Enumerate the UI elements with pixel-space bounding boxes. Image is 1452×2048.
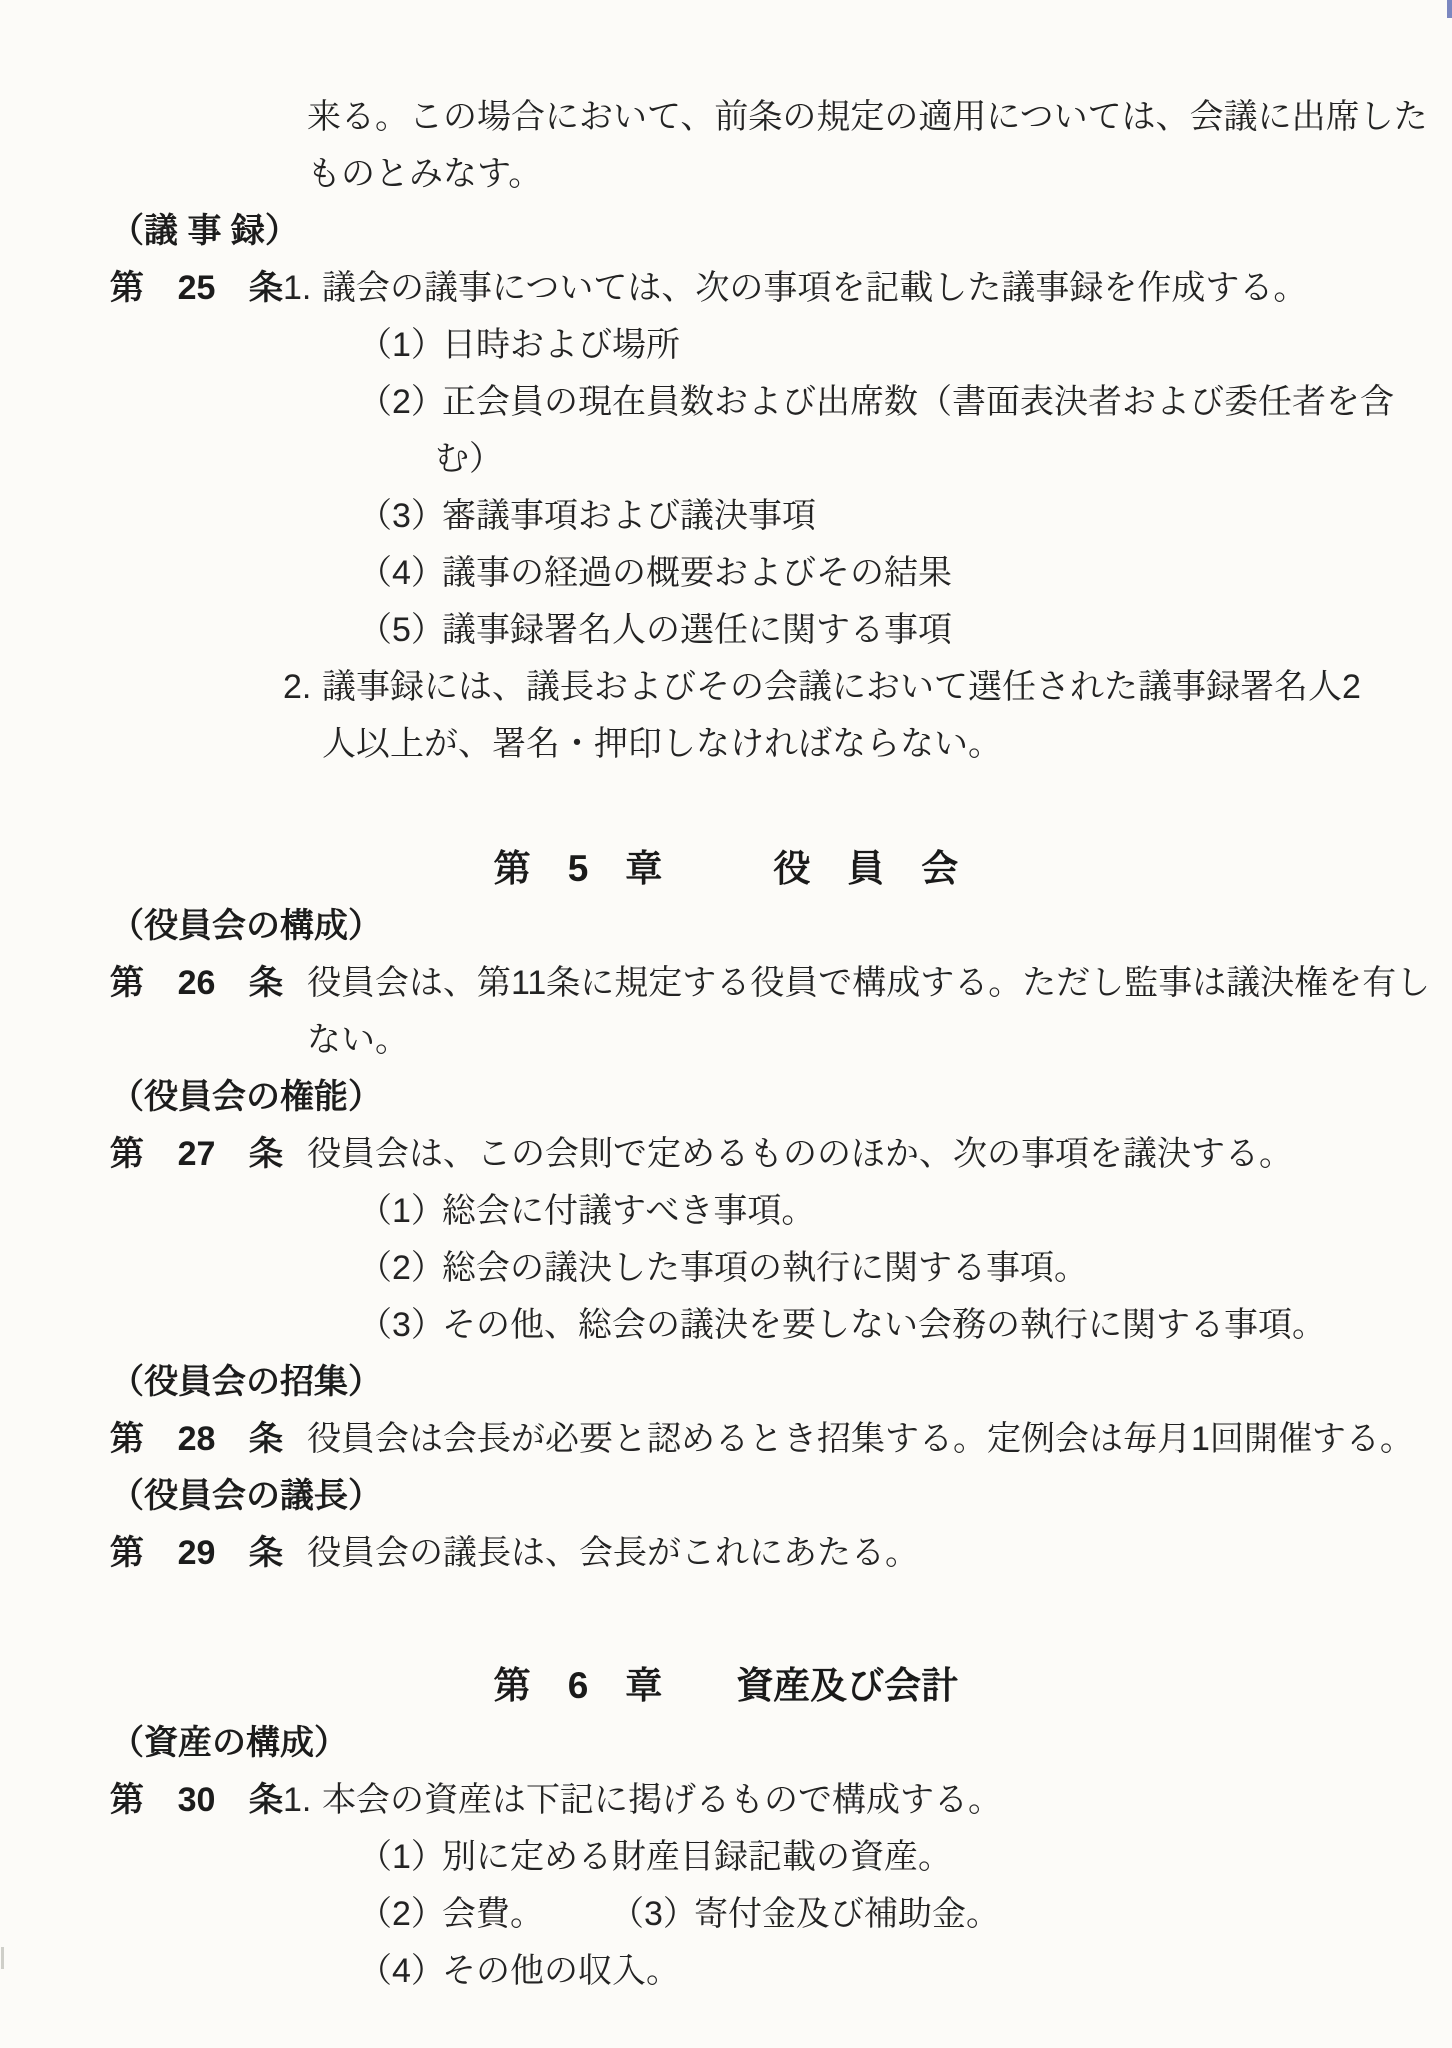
article-30-row: 第 30 条 1. 本会の資産は下記に掲げるもので構成する。 (0, 1771, 1452, 1828)
subitem-wrap-row: む） (0, 430, 1452, 487)
subitem-marker: （1） (358, 1840, 442, 1874)
section-label-text: （役員会の構成） (110, 909, 382, 943)
article-text: ない。 (307, 1023, 409, 1057)
article-number-suffix: 条 (249, 271, 283, 305)
subitem-marker: （3） (358, 1308, 442, 1342)
chapter-6-heading: 第 6 章 資産及び会計 (0, 1657, 1452, 1714)
article-26-wrap-row: ない。 (0, 1011, 1452, 1068)
article-number: 第 28 条 (110, 1422, 283, 1456)
article-text: 役員会の議長は、会長がこれにあたる。 (307, 1536, 919, 1570)
subitem-text: 議事録署名人の選任に関する事項 (442, 613, 952, 647)
article-number-prefix: 第 (110, 1422, 144, 1456)
article-number-suffix: 条 (249, 1783, 283, 1817)
section-label-text: （役員会の議長） (110, 1479, 382, 1513)
article-27-row: 第 27 条 役員会は、この会則で定めるもののほか、次の事項を議決する。 (0, 1125, 1452, 1182)
clause-text: 人以上が、署名・押印しなければならない。 (322, 727, 1002, 761)
section-label-text: （資産の構成） (110, 1726, 348, 1760)
section-label-text: （役員会の権能） (110, 1080, 382, 1114)
article-number-value: 29 (178, 1536, 216, 1570)
chapter-heading-text: 第 5 章 役 員 会 (494, 850, 959, 887)
subitem-text: 会費。 (442, 1897, 544, 1931)
section-label: （資産の構成） (0, 1714, 1452, 1771)
section-label-text: （役員会の招集） (110, 1365, 382, 1399)
subitem-marker: （3） (610, 1897, 694, 1931)
subitem-row: （2） 正会員の現在員数および出席数（書面表決者および委任者を含 (0, 373, 1452, 430)
subitem-marker: （2） (358, 385, 442, 419)
article-number-value: 26 (178, 966, 216, 1000)
article-number-suffix: 条 (249, 1137, 283, 1171)
article-number: 第 25 条 (110, 271, 283, 305)
subitem-text: 正会員の現在員数および出席数（書面表決者および委任者を含 (442, 385, 1394, 419)
clause-2-wrap-row: 人以上が、署名・押印しなければならない。 (0, 715, 1452, 772)
scan-corner-artifact (1447, 0, 1452, 18)
article-25-row: 第 25 条 1. 議会の議事については、次の事項を記載した議事録を作成する。 (0, 259, 1452, 316)
section-label-minutes: （議 事 録） (0, 202, 1452, 259)
subitem-row: （5） 議事録署名人の選任に関する事項 (0, 601, 1452, 658)
subitem-text: その他の収入。 (442, 1954, 680, 1988)
subitem-row: （3） その他、総会の議決を要しない会務の執行に関する事項。 (0, 1296, 1452, 1353)
article-number-suffix: 条 (249, 966, 283, 1000)
article-number-value: 30 (178, 1783, 216, 1817)
article-number: 第 27 条 (110, 1137, 283, 1171)
article-text: 役員会は、第11条に規定する役員で構成する。ただし監事は議決権を有し (307, 966, 1430, 1000)
subitem-wrap-text: む） (435, 442, 503, 476)
section-label: （役員会の議長） (0, 1467, 1452, 1524)
subitem-row: （1） 日時および場所 (0, 316, 1452, 373)
article-number-value: 28 (178, 1422, 216, 1456)
intro-text: ものとみなす。 (307, 157, 542, 191)
subitem-text: 総会に付議すべき事項。 (442, 1194, 815, 1228)
article-number: 第 30 条 (110, 1783, 283, 1817)
article-26-row: 第 26 条 役員会は、第11条に規定する役員で構成する。ただし監事は議決権を有… (0, 954, 1452, 1011)
intro-line: ものとみなす。 (0, 145, 1452, 202)
clause-2-row: 2. 議事録には、議長およびその会議において選任された議事録署名人2 (0, 658, 1452, 715)
subitem-text: 寄付金及び補助金。 (694, 1897, 1000, 1931)
section-label: （役員会の権能） (0, 1068, 1452, 1125)
article-number-value: 25 (178, 271, 216, 305)
subitem-text: 総会の議決した事項の執行に関する事項。 (442, 1251, 1088, 1285)
chapter-spacer (0, 772, 1452, 840)
article-number-prefix: 第 (110, 966, 144, 1000)
section-label-text: （議 事 録） (110, 214, 299, 248)
subitem-marker: （1） (358, 1194, 442, 1228)
subitem-row: （4） その他の収入。 (0, 1942, 1452, 1999)
chapter-5-heading: 第 5 章 役 員 会 (0, 840, 1452, 897)
article-number-value: 27 (178, 1137, 216, 1171)
subitem-row: （2） 総会の議決した事項の執行に関する事項。 (0, 1239, 1452, 1296)
subitem-marker: （4） (358, 1954, 442, 1988)
subitem-row: （1） 総会に付議すべき事項。 (0, 1182, 1452, 1239)
article-28-row: 第 28 条 役員会は会長が必要と認めるとき招集する。定例会は毎月1回開催する。 (0, 1410, 1452, 1467)
subitem-marker: （5） (358, 613, 442, 647)
subitem-marker: （3） (358, 499, 442, 533)
subitem-marker: （2） (358, 1251, 442, 1285)
clause-marker: 1. (283, 271, 322, 305)
intro-text: 来る。この場合において、前条の規定の適用については、会議に出席した (307, 100, 1428, 134)
article-number-prefix: 第 (110, 1783, 144, 1817)
clause-marker: 1. (283, 1783, 322, 1817)
subitem-marker: （4） (358, 556, 442, 590)
subitem-text: 議事の経過の概要およびその結果 (442, 556, 952, 590)
subitem-text: 日時および場所 (442, 328, 680, 362)
article-number-prefix: 第 (110, 271, 144, 305)
article-number-suffix: 条 (249, 1536, 283, 1570)
subitem-text: 別に定める財産目録記載の資産。 (442, 1840, 952, 1874)
article-number-suffix: 条 (249, 1422, 283, 1456)
article-number-prefix: 第 (110, 1536, 144, 1570)
subitem-row: （4） 議事の経過の概要およびその結果 (0, 544, 1452, 601)
scan-edge-speck (1, 1947, 4, 1969)
subitem-text: その他、総会の議決を要しない会務の執行に関する事項。 (442, 1308, 1326, 1342)
intro-line: 来る。この場合において、前条の規定の適用については、会議に出席した (0, 88, 1452, 145)
section-label: （役員会の招集） (0, 1353, 1452, 1410)
subitem-marker: （1） (358, 328, 442, 362)
article-text: 役員会は、この会則で定めるもののほか、次の事項を議決する。 (307, 1137, 1293, 1171)
article-29-row: 第 29 条 役員会の議長は、会長がこれにあたる。 (0, 1524, 1452, 1581)
clause-text: 議会の議事については、次の事項を記載した議事録を作成する。 (322, 271, 1307, 305)
article-number: 第 29 条 (110, 1536, 283, 1570)
subitem-row-double: （2） 会費。 （3） 寄付金及び補助金。 (0, 1885, 1452, 1942)
chapter-spacer (0, 1581, 1452, 1657)
article-number-prefix: 第 (110, 1137, 144, 1171)
subitem-row: （1） 別に定める財産目録記載の資産。 (0, 1828, 1452, 1885)
subitem-text: 審議事項および議決事項 (442, 499, 816, 533)
clause-marker: 2. (283, 670, 322, 704)
section-label: （役員会の構成） (0, 897, 1452, 954)
subitem-marker: （2） (358, 1897, 442, 1931)
subitem-row: （3） 審議事項および議決事項 (0, 487, 1452, 544)
article-text: 役員会は会長が必要と認めるとき招集する。定例会は毎月1回開催する。 (307, 1422, 1414, 1456)
clause-text: 議事録には、議長およびその会議において選任された議事録署名人2 (322, 670, 1361, 704)
chapter-heading-text: 第 6 章 資産及び会計 (494, 1667, 959, 1704)
clause-text: 本会の資産は下記に掲げるもので構成する。 (322, 1783, 1002, 1817)
scanned-document-page: 来る。この場合において、前条の規定の適用については、会議に出席した ものとみなす… (0, 0, 1452, 2048)
article-number: 第 26 条 (110, 966, 283, 1000)
